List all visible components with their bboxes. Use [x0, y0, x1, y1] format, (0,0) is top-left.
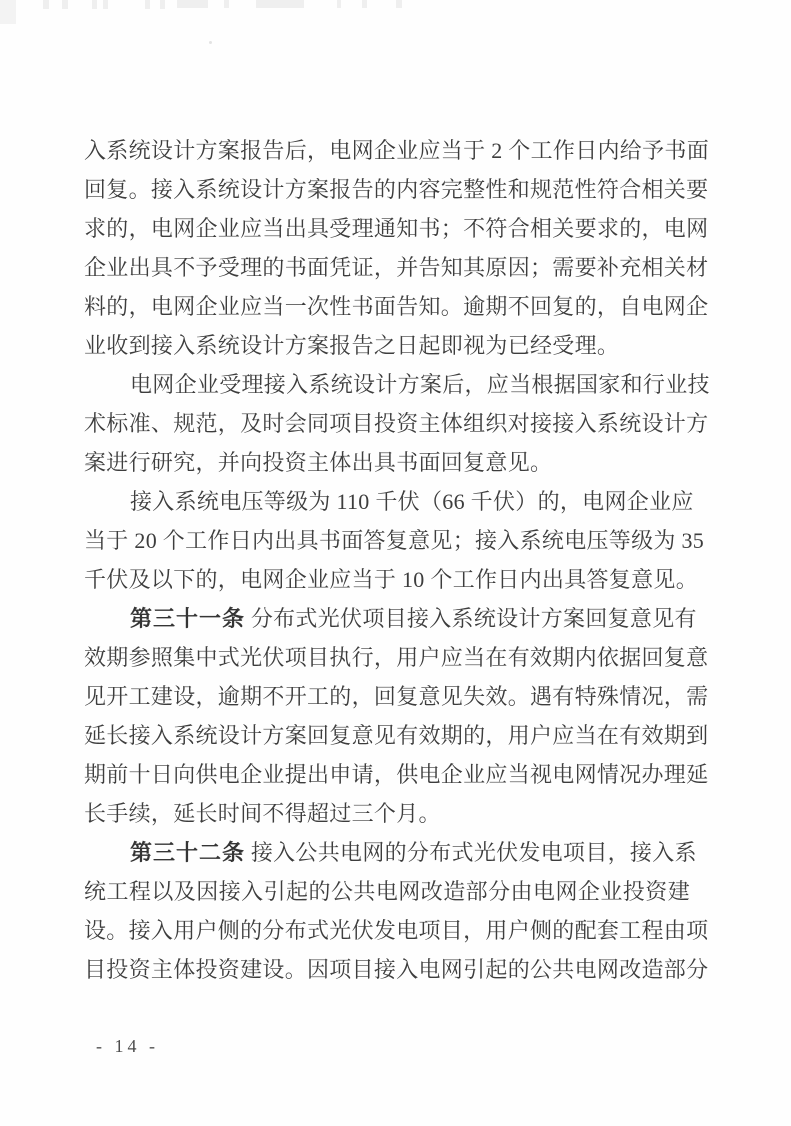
scanned-document-page: 入系统设计方案报告后，电网企业应当于 2 个工作日内给予书面回复。接入系统设计方…	[0, 0, 791, 1126]
scan-artifact	[92, 0, 97, 9]
text-line: 接入系统电压等级为 110 千伏（66 千伏）的，电网企业应	[84, 482, 690, 521]
scan-artifact	[177, 0, 208, 8]
article-number: 第三十一条	[130, 606, 245, 631]
scan-artifact	[224, 0, 229, 8]
article-number: 第三十二条	[130, 840, 245, 865]
scan-artifact	[256, 0, 304, 8]
text-line: 设。接入用户侧的分布式光伏发电项目，用户侧的配套工程由项	[84, 911, 690, 950]
scan-speck	[209, 41, 212, 44]
text-line: 见开工建设，逾期不开工的，回复意见失效。遇有特殊情况，需	[84, 677, 690, 716]
text-line: 案进行研究，并向投资主体出具书面回复意见。	[84, 443, 690, 482]
text-line: 企业出具不予受理的书面凭证，并告知其原因；需要补充相关材	[84, 248, 690, 287]
text-line: 料的，电网企业应当一次性书面告知。逾期不回复的，自电网企	[84, 287, 690, 326]
text-line: 业收到接入系统设计方案报告之日起即视为已经受理。	[84, 326, 690, 365]
text-line: 长手续，延长时间不得超过三个月。	[84, 794, 690, 833]
text-line: 效期参照集中式光伏项目执行，用户应当在有效期内依据回复意	[84, 638, 690, 677]
scan-artifact	[103, 0, 108, 9]
text-line: 术标准、规范，及时会同项目投资主体组织对接接入系统设计方	[84, 404, 690, 443]
scan-artifact	[362, 0, 367, 8]
text-line: 入系统设计方案报告后，电网企业应当于 2 个工作日内给予书面	[84, 131, 690, 170]
scan-artifact	[160, 0, 165, 9]
text-line: 第三十一条 分布式光伏项目接入系统设计方案回复意见有	[84, 599, 690, 638]
text-line: 求的，电网企业应当出具受理通知书；不符合相关要求的，电网	[84, 209, 690, 248]
text-line: 目投资主体投资建设。因项目接入电网引起的公共电网改造部分	[84, 950, 690, 989]
document-text: 入系统设计方案报告后，电网企业应当于 2 个工作日内给予书面回复。接入系统设计方…	[84, 131, 690, 989]
page-number: - 14 -	[96, 1036, 159, 1057]
scan-artifact	[396, 0, 402, 8]
text-line: 千伏及以下的，电网企业应当于 10 个工作日内出具答复意见。	[84, 560, 690, 599]
scan-artifact	[62, 0, 68, 9]
text-line: 回复。接入系统设计方案报告的内容完整性和规范性符合相关要	[84, 170, 690, 209]
text-line: 期前十日向供电企业提出申请，供电企业应当视电网情况办理延	[84, 755, 690, 794]
scan-artifact	[145, 0, 150, 9]
scan-artifact	[43, 0, 49, 9]
scan-artifact	[337, 0, 341, 8]
text-line: 延长接入系统设计方案回复意见有效期的，用户应当在有效期到	[84, 716, 690, 755]
text-line: 电网企业受理接入系统设计方案后，应当根据国家和行业技	[84, 365, 690, 404]
text-line: 当于 20 个工作日内出具书面答复意见；接入系统电压等级为 35	[84, 521, 690, 560]
scan-artifact	[0, 0, 16, 24]
text-line: 统工程以及因接入引起的公共电网改造部分由电网企业投资建	[84, 872, 690, 911]
text-line: 第三十二条 接入公共电网的分布式光伏发电项目，接入系	[84, 833, 690, 872]
